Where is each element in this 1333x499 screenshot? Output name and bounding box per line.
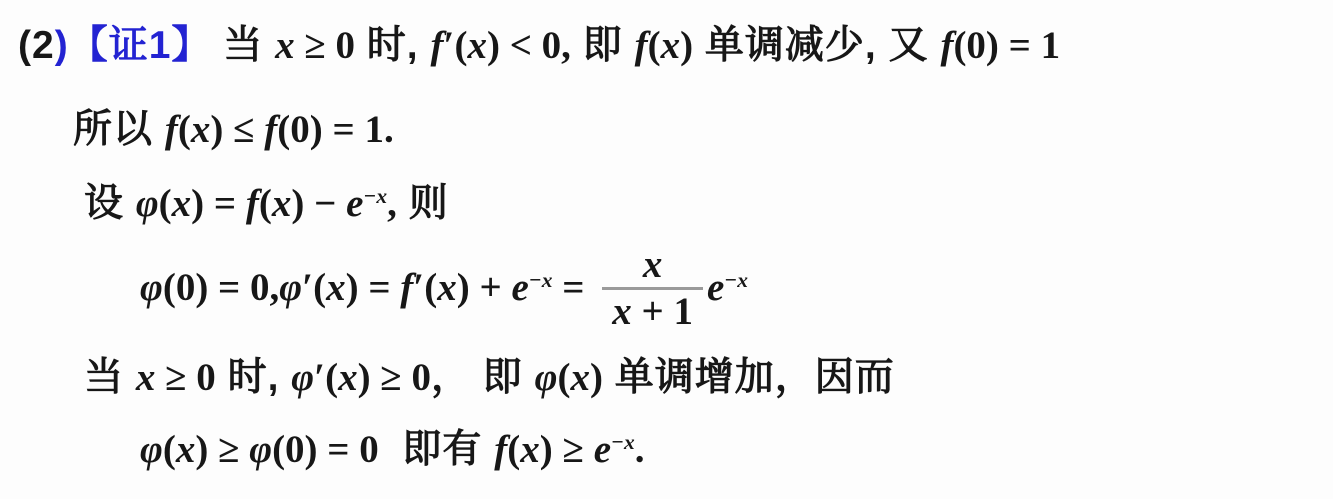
proof-label: 【证1】	[69, 24, 212, 67]
math-run: φ	[291, 356, 314, 399]
math-run: f	[940, 24, 953, 67]
math-run: x	[136, 356, 156, 399]
math-run: x	[172, 182, 192, 225]
math-run: (	[159, 182, 172, 225]
cjk-text-run: 当	[211, 24, 275, 67]
math-run: ≥ 0	[295, 24, 355, 67]
cjk-text-run: 时,	[355, 24, 431, 67]
math-run: x	[176, 428, 196, 471]
fraction-denominator: x + 1	[602, 287, 703, 334]
item-number: (2	[18, 24, 55, 67]
cjk-text-run: 时,	[216, 356, 292, 399]
math-run: f	[246, 182, 259, 225]
math-run: ) < 0,	[487, 24, 571, 67]
math-run: x	[437, 266, 457, 309]
math-run: ≥ 0	[155, 356, 215, 399]
math-run: x	[191, 108, 211, 151]
math-run: (0) = 0,	[163, 266, 279, 309]
item-number-close-paren: )	[55, 24, 69, 67]
proof-line-3: 设 φ(x) = f(x) − e−x, 则	[84, 182, 449, 227]
math-run: ) ≥ 0	[358, 356, 431, 399]
math-run: x	[520, 428, 540, 471]
math-run: φ	[279, 266, 302, 309]
math-run: ,	[387, 182, 397, 225]
math-run: x	[275, 24, 295, 67]
math-run: φ	[535, 356, 558, 399]
math-run: x	[570, 356, 590, 399]
math-run: e	[707, 266, 724, 309]
math-run: x	[612, 290, 632, 333]
math-run: φ	[140, 266, 163, 309]
math-run: x	[661, 24, 681, 67]
math-run: e	[346, 182, 363, 225]
math-superscript: −x	[529, 268, 553, 292]
cjk-text-run: 即	[571, 24, 635, 67]
math-run: x	[643, 243, 663, 286]
math-run: (	[557, 356, 570, 399]
proof-line-1: (2)【证1】 当 x ≥ 0 时, f′(x) < 0, 即 f(x) 单调减…	[18, 24, 1060, 69]
math-run: f	[264, 108, 277, 151]
math-run: (	[507, 428, 520, 471]
math-run: x	[338, 356, 358, 399]
math-run: φ	[136, 182, 159, 225]
math-run: φ	[249, 428, 272, 471]
proof-line-6: φ(x) ≥ φ(0) = 0 即有 f(x) ≥ e−x.	[140, 428, 644, 473]
math-run: ′(	[314, 356, 338, 399]
math-run: f	[400, 266, 413, 309]
cjk-text-run: 单调增加，因而	[603, 356, 895, 399]
math-run: ) ≥	[540, 428, 594, 471]
math-run: ) =	[346, 266, 401, 309]
fraction: xx + 1	[602, 243, 703, 333]
cjk-text-run: ， 即	[431, 356, 535, 399]
cjk-text-run: 所以	[73, 108, 165, 151]
math-run: ) +	[457, 266, 512, 309]
math-run: )	[680, 24, 693, 67]
cjk-text-run: 则	[397, 182, 449, 225]
math-run: f	[430, 24, 443, 67]
math-run: (0) = 1	[953, 24, 1060, 67]
math-run: e	[511, 266, 528, 309]
math-run: ) =	[191, 182, 246, 225]
math-run: f	[165, 108, 178, 151]
proof-line-4: φ(0) = 0,φ′(x) = f′(x) + e−x = xx + 1e−x	[140, 246, 748, 336]
cjk-text-run: 单调减少, 又	[693, 24, 940, 67]
math-proof-page: (2)【证1】 当 x ≥ 0 时, f′(x) < 0, 即 f(x) 单调减…	[0, 0, 1333, 499]
math-run: x	[467, 24, 487, 67]
math-run: f	[635, 24, 648, 67]
math-run: f	[494, 428, 507, 471]
math-run: (	[178, 108, 191, 151]
math-run: ′(	[302, 266, 326, 309]
math-run: ) ≤	[210, 108, 264, 151]
math-run: φ	[140, 428, 163, 471]
math-run: e	[594, 428, 611, 471]
math-run: (	[648, 24, 661, 67]
math-run: (	[259, 182, 272, 225]
math-run: x	[326, 266, 346, 309]
math-run: + 1	[632, 290, 693, 333]
proof-line-5: 当 x ≥ 0 时, φ′(x) ≥ 0， 即 φ(x) 单调增加，因而	[84, 356, 895, 401]
math-run: ′(	[413, 266, 437, 309]
cjk-text-run: 设	[84, 182, 136, 225]
cjk-text-run: 即有	[379, 428, 495, 471]
math-run: (	[163, 428, 176, 471]
math-run: (0) = 0	[272, 428, 379, 471]
math-superscript: −x	[724, 268, 748, 292]
math-run: x	[272, 182, 292, 225]
proof-line-2: 所以 f(x) ≤ f(0) = 1.	[73, 108, 394, 153]
math-run: ) ≥	[195, 428, 249, 471]
math-run: .	[635, 428, 645, 471]
math-run: )	[590, 356, 603, 399]
math-run: (0) = 1.	[277, 108, 393, 151]
math-run: ′(	[443, 24, 467, 67]
math-run: ) −	[291, 182, 346, 225]
math-superscript: −x	[363, 184, 387, 208]
fraction-numerator: x	[602, 243, 703, 287]
math-run: =	[553, 266, 595, 309]
cjk-text-run: 当	[84, 356, 136, 399]
math-superscript: −x	[611, 430, 635, 454]
